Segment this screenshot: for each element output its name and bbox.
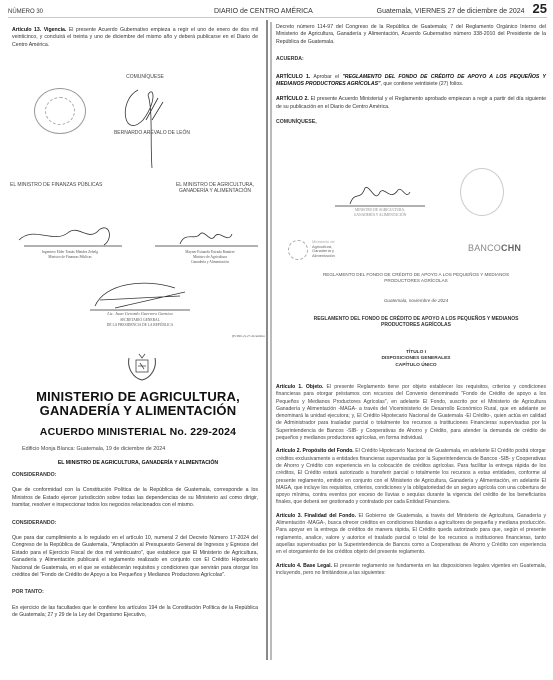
publication-reference: (E1990-2)-27-diciembre [215, 334, 265, 339]
legal-basis-intro: Decreto número 114-97 del Congreso de la… [276, 24, 546, 46]
finance-minister-name: Ingeniero Elder Tomás Méndez Zebelg [25, 250, 115, 255]
ministry-logo-icon [288, 240, 308, 260]
regulation-cover-title: REGLAMENTO DEL FONDO DE CRÉDITO DE APOYO… [285, 272, 547, 285]
acuerdo-article-1: ARTÍCULO 1. Aprobar el "REGLAMENTO DEL F… [276, 74, 546, 89]
president-name: BERNARDO ARÉVALO DE LEÓN [92, 130, 212, 136]
presidency-seal-icon [34, 88, 86, 134]
right-column: Decreto número 114-97 del Congreso de la… [276, 24, 546, 127]
acuerdo-article-2: ARTÍCULO 2. El presente Acuerdo Minister… [276, 96, 546, 111]
regulation-article-1: Artículo 1. Objeto. El presente Reglamen… [276, 384, 546, 442]
ministry-title-line-2: GANADERÍA Y ALIMENTACIÓN [10, 404, 266, 418]
comuniquese-right: COMUNÍQUESE, [276, 119, 546, 126]
agri-minister-label-2: GANADERÍA Y ALIMENTACIÓN [165, 188, 265, 194]
acuerdo-title: ACUERDO MINISTERIAL No. 229-2024 [10, 426, 266, 438]
considerandos: CONSIDERANDO: Que de conformidad con la … [12, 472, 258, 620]
secretary-title-2: DE LA PRESIDENCIA DE LA REPÚBLICA [85, 323, 195, 328]
regulation-article-3: Artículo 3. Finalidad del Fondo. El Gobi… [276, 513, 546, 557]
ministry-seal-icon [460, 168, 504, 216]
considerando-2-text: Que para dar cumplimiento a lo regulado … [12, 535, 258, 579]
publication-date: Guatemala, VIERNES 27 de diciembre de 20… [377, 8, 525, 15]
agri-minister-title-1: Ministro de Agricultura [170, 255, 250, 260]
coat-of-arms-icon [125, 352, 159, 382]
place-date: Edificio Monja Blanca: Guatemala, 19 de … [22, 446, 262, 452]
titulo-heading: TÍTULO I DISPOSICIONES GENERALES CAPÍTUL… [285, 350, 547, 369]
secretary-name: Lic. Juan Gerardo Guerrero Garnica [85, 312, 195, 317]
banco-chn-logo: BANCOCHN [468, 243, 521, 253]
column-divider [266, 20, 268, 660]
signature-caption-2: GANADERÍA Y ALIMENTACIÓN [335, 213, 425, 218]
por-tanto-text: En ejercicio de las facultades que le co… [12, 605, 258, 620]
regulation-date: Guatemala, noviembre de 2024 [285, 298, 547, 304]
minister-heading: EL MINISTRO DE AGRICULTURA, GANADERÍA Y … [10, 460, 266, 466]
left-column: Artículo 13. Vigencia. El presente Acuer… [12, 21, 258, 49]
agri-minister-name: Mayner Estuardo Estrada Ramírez [170, 250, 250, 255]
por-tanto-heading: POR TANTO: [12, 589, 258, 596]
president-signature-icon [118, 80, 178, 175]
finance-minister-label: EL MINISTRO DE FINANZAS PÚBLICAS [10, 182, 140, 188]
page-number: 25 [533, 3, 547, 15]
considerando-2-heading: CONSIDERANDO: [12, 520, 258, 527]
article-13: Artículo 13. Vigencia. El presente Acuer… [12, 27, 258, 49]
newspaper-title: DIARIO de CENTRO AMÉRICA [198, 8, 377, 15]
ministry-title-line-1: MINISTERIO DE AGRICULTURA, [10, 390, 266, 404]
regulation-title: REGLAMENTO DEL FONDO DE CRÉDITO DE APOYO… [285, 316, 547, 329]
considerando-1-heading: CONSIDERANDO: [12, 472, 258, 479]
regulation-article-2: Artículo 2. Propósito del Fondo. El Créd… [276, 448, 546, 506]
regulation-article-4: Artículo 4. Base Legal. El presente regl… [276, 563, 546, 578]
finance-minister-title: Ministro de Finanzas Públicas [25, 255, 115, 260]
regulation-articles: Artículo 1. Objeto. El presente Reglamen… [276, 384, 546, 577]
secretary-title-1: SECRETARIO GENERAL [85, 318, 195, 323]
agri-minister-title-2: Ganadería y Alimentación [170, 260, 250, 265]
signature-caption-1: MINISTRO DE AGRICULTURA, [335, 208, 425, 213]
considerando-1-text: Que de conformidad con la Constitución P… [12, 487, 258, 509]
page-header: NÚMERO 30 DIARIO de CENTRO AMÉRICA Guate… [8, 4, 547, 18]
issue-number: NÚMERO 30 [8, 9, 198, 15]
acuerda-heading: ACUERDA: [276, 56, 546, 63]
ministry-logo-text: Ministerio de Agricultura, Ganadería y A… [312, 240, 335, 258]
scanned-page-edge [270, 22, 272, 660]
